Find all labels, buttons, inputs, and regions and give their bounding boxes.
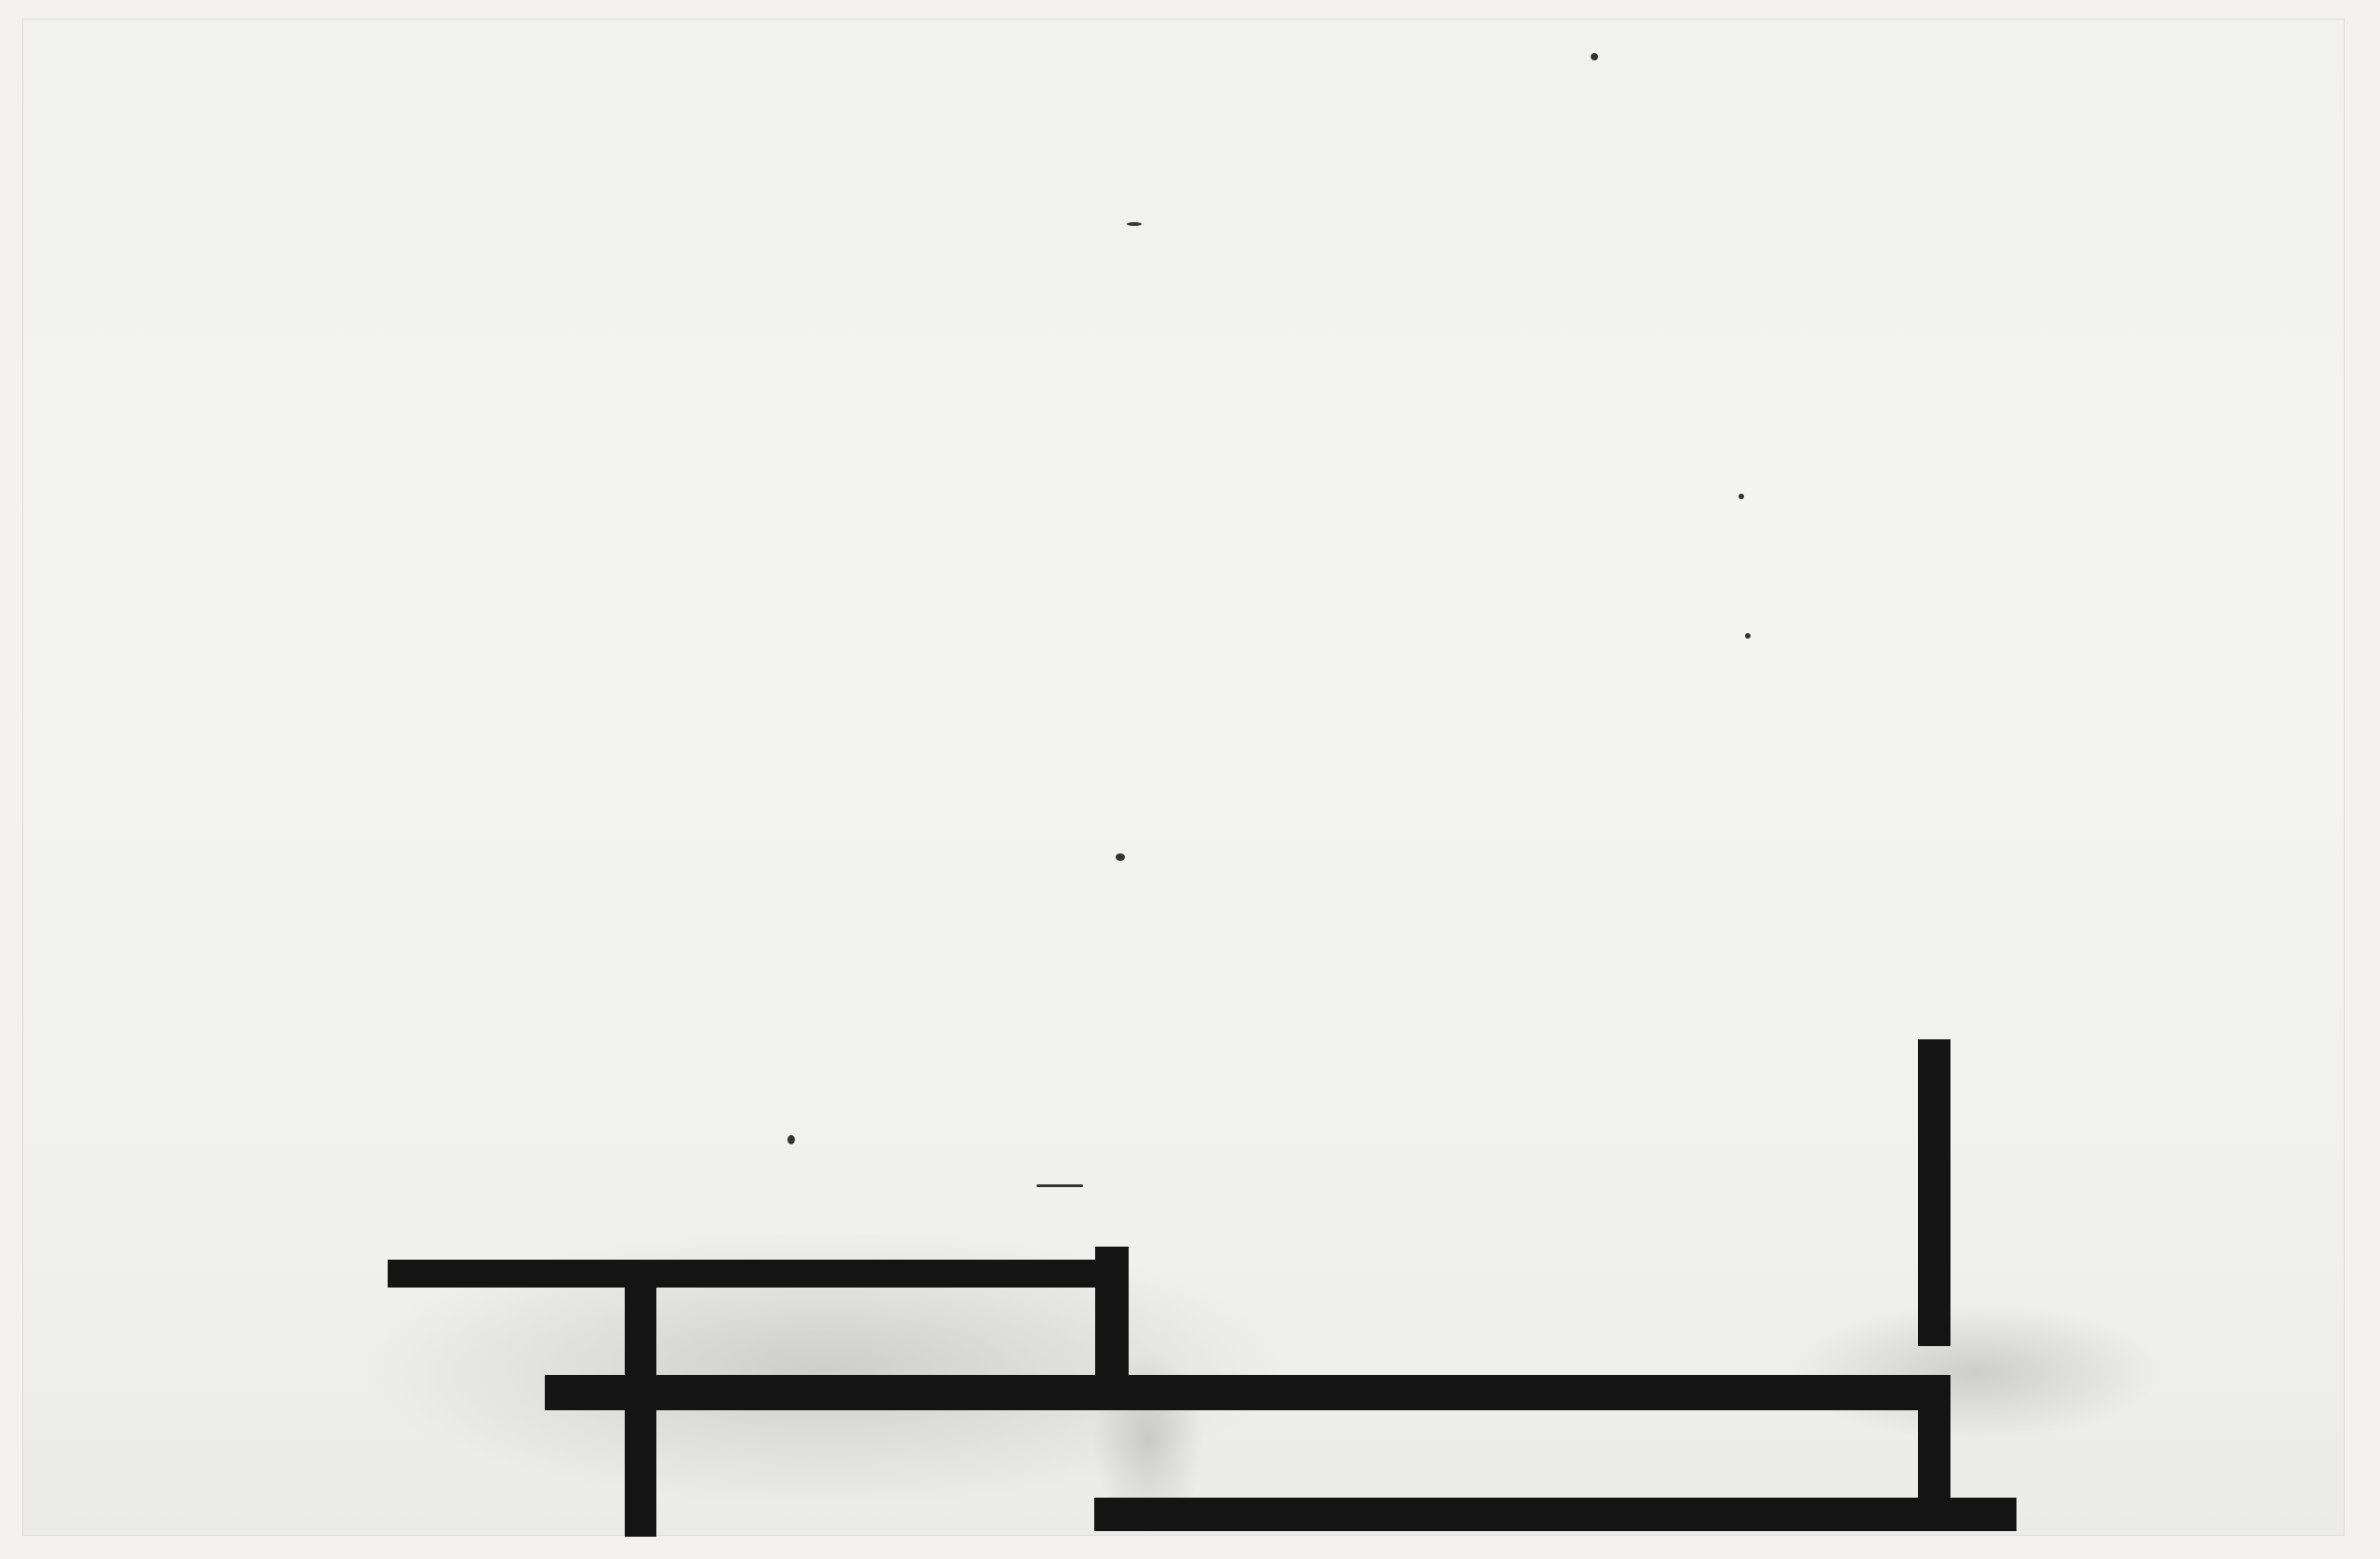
top-horizontal-bar — [388, 1260, 1128, 1288]
right-vertical-bar-upper — [1918, 1039, 1950, 1346]
speck — [1037, 1184, 1083, 1187]
paper-sheet: Abstract black-and-white charcoal-like d… — [22, 19, 2345, 1536]
speck — [787, 1135, 795, 1144]
middle-horizontal-bar — [545, 1375, 1949, 1410]
speck — [1745, 633, 1751, 639]
right-vertical-bar-lower — [1918, 1375, 1950, 1505]
speck — [1739, 494, 1744, 499]
bottom-horizontal-bar — [1094, 1498, 2016, 1531]
middle-vertical-bar — [1095, 1247, 1129, 1384]
speck — [1116, 853, 1125, 861]
speck — [1127, 222, 1142, 226]
speck — [1591, 53, 1598, 60]
smudge — [1790, 1302, 2162, 1442]
